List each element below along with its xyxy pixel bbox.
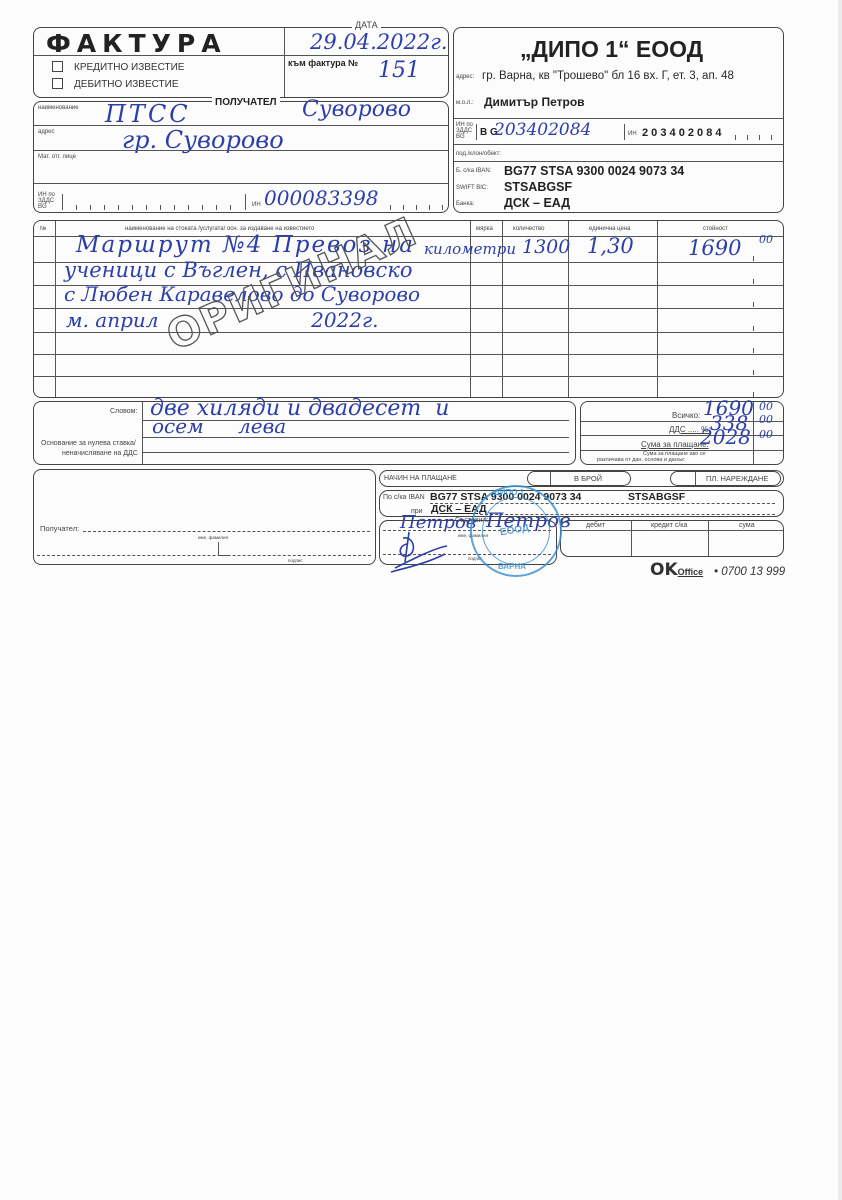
- row-1-unit-price: 1,30: [587, 234, 634, 258]
- digit-tick: [771, 135, 772, 140]
- vat-cents: 00: [759, 413, 773, 426]
- digit-tick: [442, 205, 443, 210]
- recipient-section-label: ПОЛУЧАТЕЛ: [212, 97, 280, 108]
- date-label: ДАТА: [352, 20, 381, 30]
- col-header-unit-price: единична цена: [589, 226, 631, 232]
- digit-tick: [174, 205, 175, 210]
- digit-tick: [747, 135, 748, 140]
- company-stamp: ДИПО 1 ЕООД ВАРНА: [470, 485, 562, 577]
- cash-label: В БРОЙ: [574, 474, 602, 483]
- digit-tick: [759, 135, 760, 140]
- supplier-address-label: адрес:: [456, 74, 474, 80]
- digit-tick: [390, 205, 391, 210]
- payable-value: 2028: [700, 425, 751, 449]
- supplier-swift: STSABGSF: [504, 180, 572, 194]
- okoffice-logo: OKOffice: [650, 560, 703, 580]
- credit-note-label: КРЕДИТНО ИЗВЕСТИЕ: [74, 62, 184, 73]
- diff-label-2: различава от дан. основа и данък:: [597, 457, 685, 463]
- debit-label: дебит: [586, 522, 605, 529]
- row-1-quantity: 1300: [522, 236, 570, 258]
- digit-tick: [118, 205, 119, 210]
- recipient-address-label: адрес: [38, 129, 55, 135]
- payment-method-label: НАЧИН НА ПЛАЩАНЕ: [384, 475, 457, 482]
- debit-note-label: ДЕБИТНО ИЗВЕСТИЕ: [74, 79, 179, 90]
- transfer-label: ПЛ. НАРЕЖДАНЕ: [706, 474, 768, 483]
- stamp-text-bottom: ВАРНА: [498, 562, 526, 571]
- supplier-branch-label: под./клон/обект:: [456, 151, 501, 157]
- digit-tick: [202, 205, 203, 210]
- supplier-iban: BG77 STSA 9300 0024 9073 34: [504, 164, 684, 178]
- supplier-id-value: 2 0 3 4 0 2 0 8 4: [642, 127, 722, 139]
- payment-swift: STSABGSF: [628, 491, 685, 503]
- signature-scribble: [385, 528, 455, 578]
- payment-iban-label: По с/ка IBAN: [383, 494, 425, 501]
- receiver-sign-hint: подпис: [288, 558, 303, 563]
- supplier-id-label: ИН: [628, 131, 637, 137]
- credit-note-checkbox[interactable]: [52, 61, 63, 72]
- payable-label: Сума за плащане:: [641, 440, 709, 449]
- digit-tick: [146, 205, 147, 210]
- digit-tick: [160, 205, 161, 210]
- digit-tick: [90, 205, 91, 210]
- cents-separator-tick: [753, 348, 754, 353]
- date-value: 29.04.2022г.: [310, 30, 448, 54]
- row-1-unit: километри: [424, 240, 516, 258]
- sum-label: сума: [739, 522, 755, 529]
- digit-tick: [132, 205, 133, 210]
- table-row-line: [34, 354, 783, 355]
- cents-separator-tick: [753, 302, 754, 307]
- col-header-quantity: количество: [513, 226, 544, 232]
- receiver-name-hint: име, фамилия: [198, 535, 228, 540]
- col-header-num: №: [40, 226, 46, 232]
- digit-tick: [104, 205, 105, 210]
- recipient-mol-label: Мат. отг. лице: [38, 154, 76, 160]
- zero-rate-label-2: неначисляване на ДДС: [62, 450, 138, 457]
- to-invoice-value: 151: [378, 58, 420, 83]
- digit-tick: [188, 205, 189, 210]
- supplier-mol-label: м.о.л.:: [456, 100, 474, 106]
- scan-edge: [838, 0, 842, 1200]
- zero-rate-label-1: Основание за нулева ставка/: [41, 440, 136, 447]
- supplier-name: „ДИПО 1“ ЕООД: [520, 36, 703, 63]
- digit-tick: [230, 205, 231, 210]
- receiver-label: Получател:: [40, 524, 79, 533]
- supplier-iban-label: Б. с/ка IBAN:: [456, 168, 491, 174]
- recipient-id-label: ИН: [252, 202, 261, 208]
- footer-phone: • 0700 13 999: [714, 566, 785, 578]
- okoffice-brand-sub: Office: [678, 567, 704, 577]
- table-row-line: [34, 332, 783, 333]
- cents-separator-tick: [753, 370, 754, 375]
- digit-tick: [416, 205, 417, 210]
- digit-tick: [429, 205, 430, 210]
- digit-tick: [735, 135, 736, 140]
- row-1-value: 1690: [688, 236, 741, 260]
- words-line-2: осем лева: [152, 414, 286, 438]
- table-row-line: [34, 376, 783, 377]
- recipient-id-value: 000083398: [264, 186, 379, 210]
- debit-note-checkbox[interactable]: [52, 78, 63, 89]
- recipient-name: ПТСС: [105, 100, 191, 128]
- invoice-title: ФАКТУРА: [46, 29, 227, 58]
- receiver-signature-box: [33, 469, 376, 565]
- okoffice-brand: OK: [650, 560, 678, 580]
- digit-tick: [76, 205, 77, 210]
- total-cents: 00: [759, 400, 773, 413]
- supplier-swift-label: SWIFT BIC:: [456, 185, 488, 191]
- payable-cents: 00: [759, 428, 773, 441]
- recipient-name-extra: Суворово: [302, 97, 411, 122]
- cents-separator-tick: [753, 256, 754, 261]
- recipient-vat-label: ИН по ЗДДС BG: [38, 192, 60, 210]
- credit-label: кредит с/ка: [651, 522, 687, 529]
- cents-separator-tick: [753, 326, 754, 331]
- to-invoice-label: към фактура №: [288, 58, 358, 68]
- total-label: Всичко:: [672, 411, 700, 420]
- stamp-text-top: ДИПО 1: [494, 488, 524, 497]
- supplier-vat-label: ИН по ЗДДС BG: [456, 122, 478, 140]
- row-1-value-cents: 00: [759, 233, 773, 246]
- col-header-value: стойност: [703, 226, 728, 232]
- supplier-mol: Димитър Петров: [484, 95, 585, 109]
- supplier-bank: ДСК – ЕАД: [504, 196, 570, 210]
- supplier-address: гр. Варна, кв "Трошево" бл 16 вх. Г, ет.…: [482, 70, 734, 82]
- supplier-bank-label: Банка:: [456, 201, 474, 207]
- digit-tick: [216, 205, 217, 210]
- col-header-unit: мярка: [476, 226, 493, 232]
- recipient-name-label: наименование: [38, 105, 79, 111]
- words-label: Словом:: [110, 408, 137, 415]
- supplier-vat-value: 203402084: [494, 120, 591, 140]
- cents-separator-tick: [753, 279, 754, 284]
